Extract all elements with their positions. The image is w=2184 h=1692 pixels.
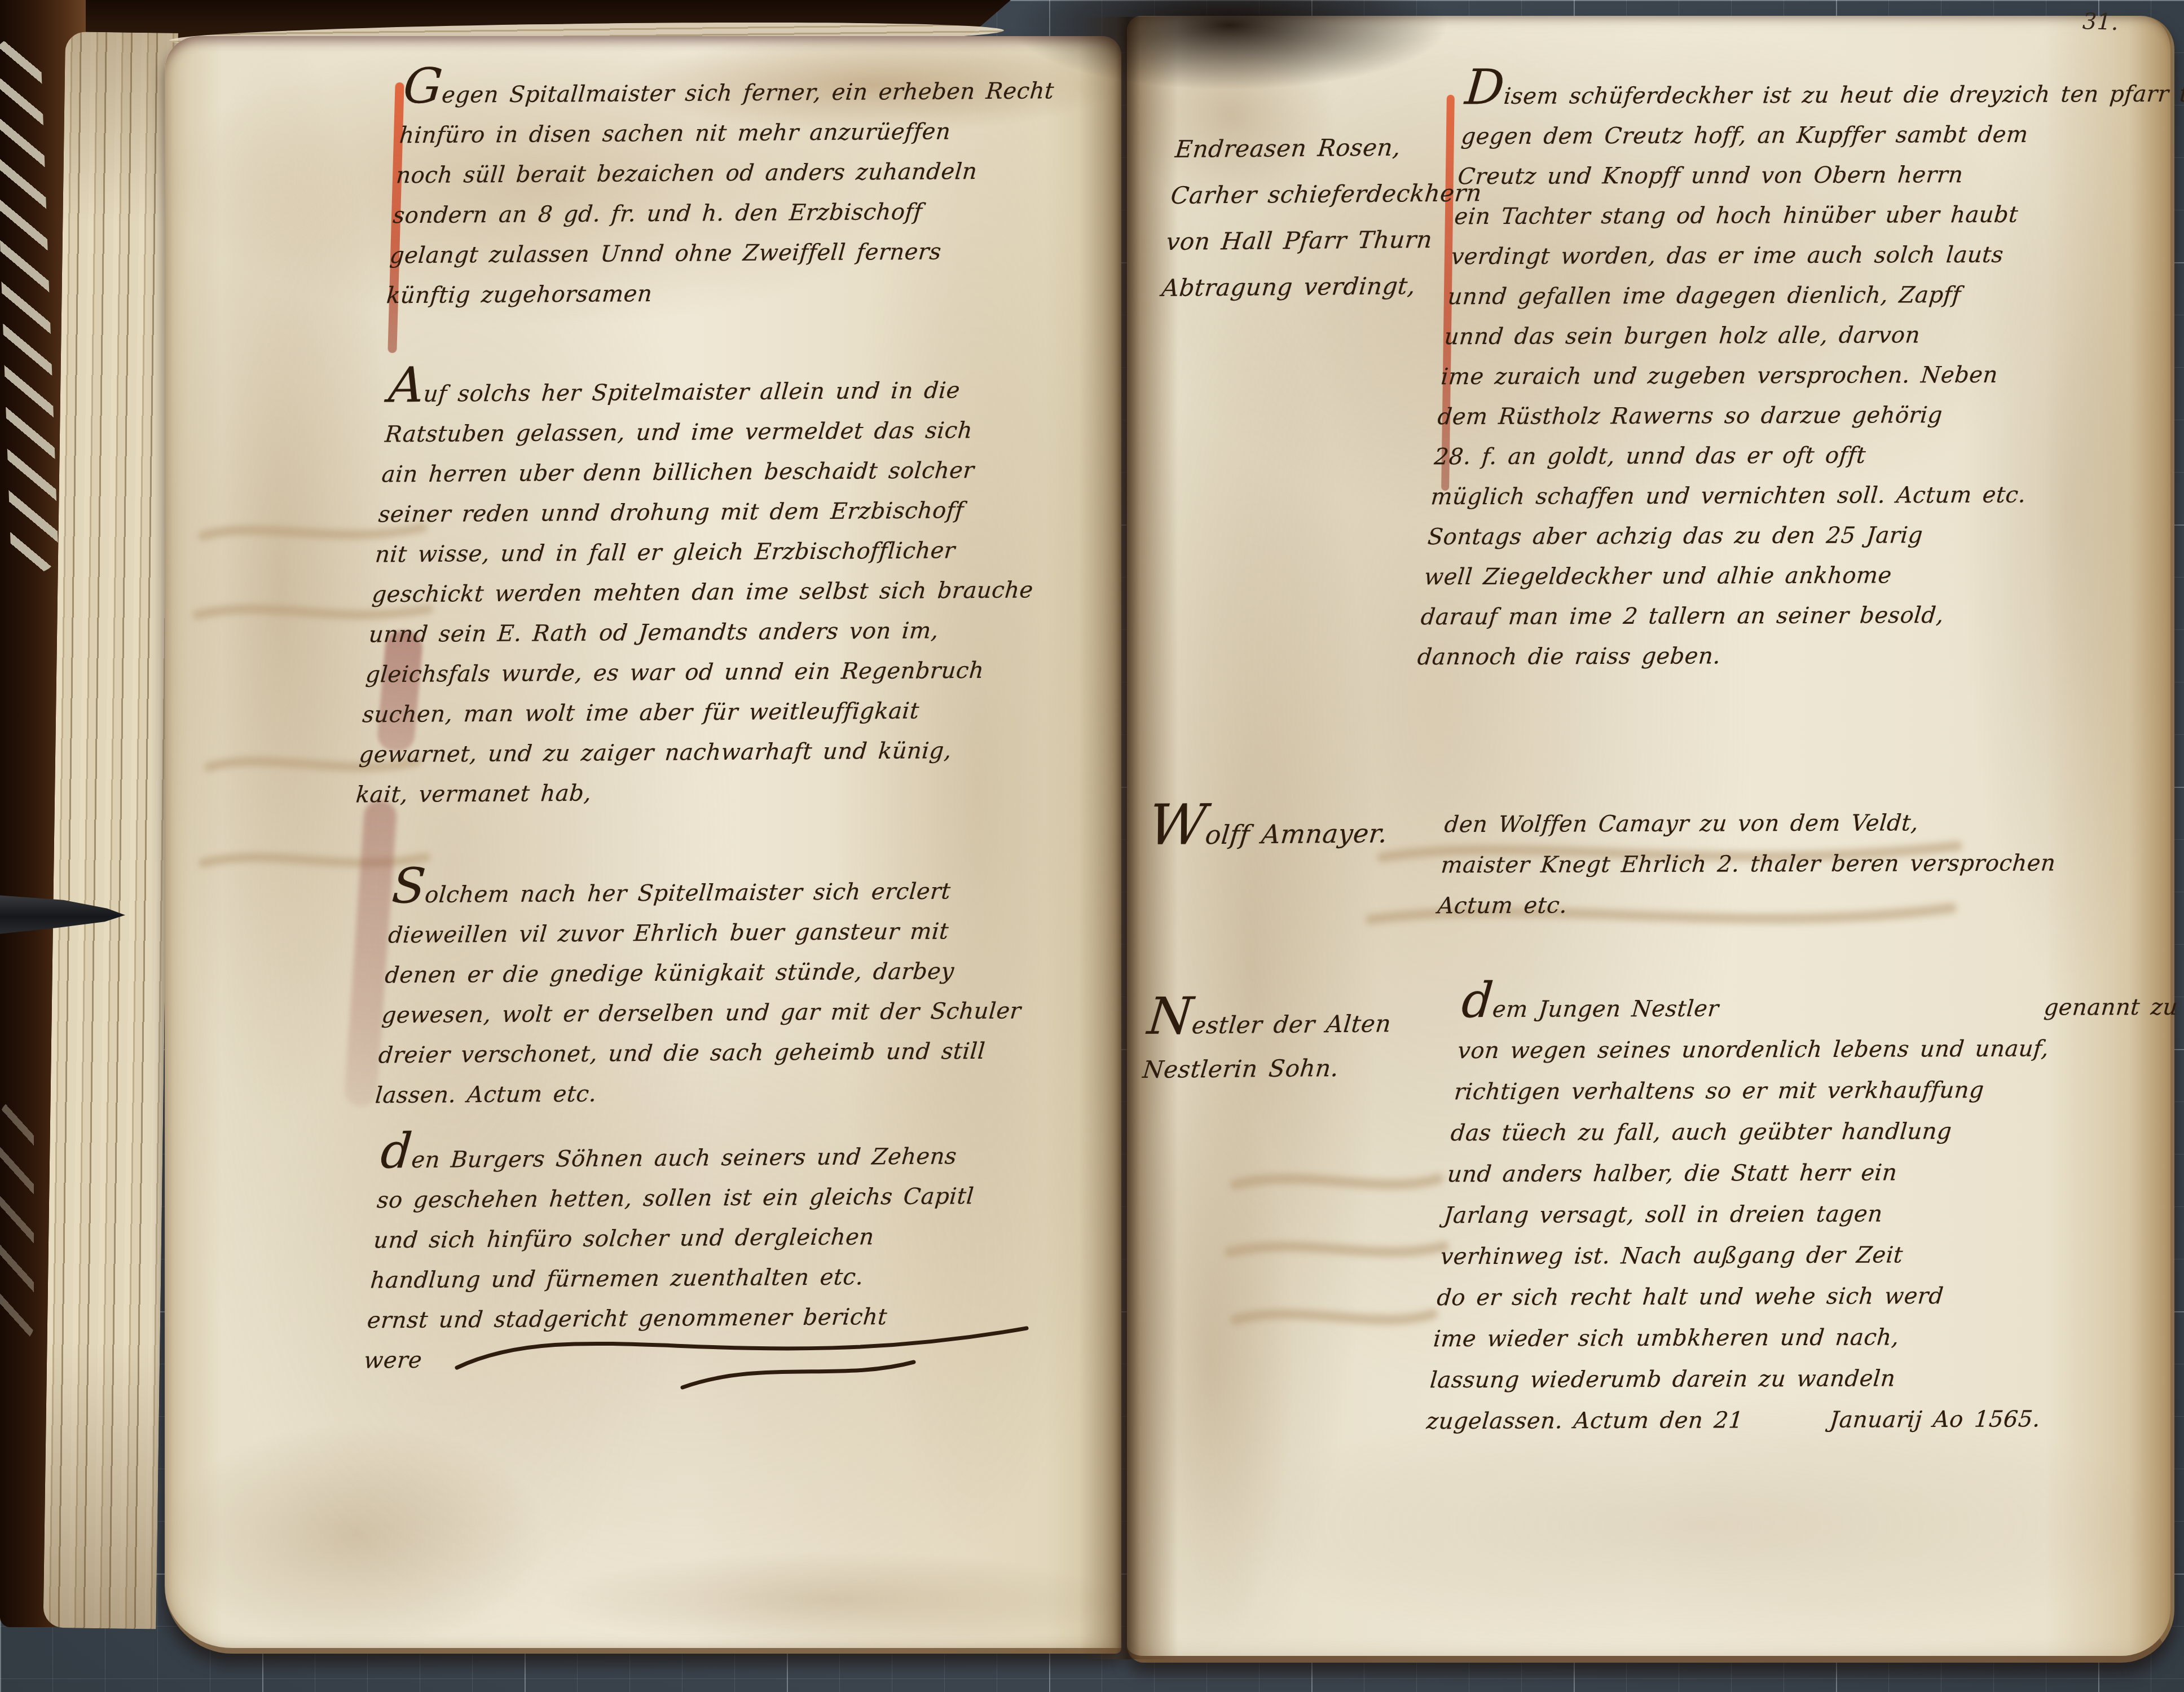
manuscript-line: unnd gefallen ime dagegen dienlich, Zapf…	[1446, 275, 2177, 318]
manuscript-line: Creutz und Knopff unnd von Obern herrn	[1456, 155, 2184, 197]
right-block-nestler: dem Jungen Nestler genannt zuvon wegen s…	[1425, 987, 2184, 1442]
manuscript-line: unnd sein E. Rath od Jemandts anders von…	[367, 610, 1093, 655]
manuscript-line: Solchem nach her Spitellmaister sich erc…	[390, 871, 1104, 916]
manuscript-line: unnd das sein burgen holz alle, darvon	[1443, 315, 2174, 358]
manuscript-line: Wolff Amnayer.	[1146, 810, 1415, 858]
manuscript-line: denen er die gnedige künigkait stünde, d…	[384, 951, 1098, 996]
manuscript-line: von Hall Pfarr Thurn	[1164, 217, 1434, 265]
manuscript-line: noch süll berait bezaichen od anders zuh…	[395, 151, 1098, 196]
manuscript-line: gelangt zulassen Unnd ohne Zweiffell fer…	[388, 231, 1091, 276]
manuscript-line: ime zuraich und zugeben versprochen. Neb…	[1439, 355, 2170, 398]
underline-flourish	[446, 1297, 1043, 1393]
manuscript-line: Endreasen Rosen,	[1173, 124, 1443, 173]
manuscript-line: well Ziegeldeckher und alhie ankhome	[1423, 555, 2154, 598]
manuscript-line: seiner reden unnd drohung mit dem Erzbis…	[377, 490, 1102, 535]
manuscript-line: verdingt worden, das er ime auch solch l…	[1450, 235, 2181, 277]
manuscript-line: so geschehen hetten, sollen ist ein glei…	[375, 1176, 1100, 1221]
left-paragraph-2: Auf solchs her Spitelmaister allein und …	[354, 370, 1112, 816]
manuscript-line: suchen, man wolt ime aber für weitleuffi…	[361, 690, 1086, 735]
manuscript-line: maister Knegt Ehrlich 2. thaler beren ve…	[1439, 843, 2170, 886]
page-edge-stack	[43, 32, 178, 1629]
manuscript-line: gewarnet, und zu zaiger nachwarhaft und …	[358, 730, 1083, 775]
manuscript-line: ein Tachter stang od hoch hinüber uber h…	[1453, 195, 2184, 237]
manuscript-line: und anders halber, die Statt herr ein	[1446, 1152, 2177, 1196]
manuscript-line: Disem schüferdeckher ist zu heut die dre…	[1463, 74, 2184, 117]
manuscript-line: geschickt werden mehten dan ime selbst s…	[371, 570, 1096, 615]
manuscript-line: von wegen seines unordenlich lebens und …	[1456, 1028, 2184, 1072]
spine-stitching-thread-lower	[0, 1100, 34, 1342]
manuscript-line: nit wisse, und in fall er gleich Erzbisc…	[373, 530, 1099, 575]
manuscript-line: den Wolffen Camayr zu von dem Veldt,	[1443, 802, 2174, 845]
manuscript-line: lassung wiederumb darein zu wandeln	[1428, 1358, 2160, 1402]
manuscript-line: do er sich recht halt und wehe sich werd	[1435, 1275, 2167, 1319]
manuscript-line: Abtragung verdingt,	[1160, 263, 1429, 311]
left-paragraph-3: Solchem nach her Spitellmaister sich erc…	[373, 871, 1104, 1116]
manuscript-line: Carher schieferdeckhern	[1169, 170, 1438, 219]
right-block-wolffen: den Wolffen Camayr zu von dem Veldt,mais…	[1436, 802, 2174, 927]
left-paragraph-1: Gegen Spitallmaister sich ferner, ein er…	[385, 71, 1104, 316]
manuscript-line: lassen. Actum etc.	[373, 1071, 1087, 1116]
manuscript-line: dem Jungen Nestler genannt zu	[1459, 987, 2184, 1031]
manuscript-line: dreier verschonet, und die sach geheimb …	[377, 1031, 1091, 1076]
manuscript-line: das tüech zu fall, auch geübter handlung	[1449, 1111, 2181, 1155]
manuscript-line: gewesen, wolt er derselben und gar mit d…	[380, 991, 1094, 1036]
manuscript-line: müglich schaffen und vernichten soll. Ac…	[1429, 475, 2160, 518]
manuscript-line: Auf solchs her Spitelmaister allein und …	[386, 370, 1112, 415]
manuscript-line: Sontags aber achzig das zu den 25 Jarig	[1426, 515, 2157, 558]
right-block-schieferdecker: Disem schüferdeckher ist zu heut die dre…	[1416, 74, 2184, 677]
manuscript-line: darauf man ime 2 tallern an seiner besol…	[1419, 595, 2150, 638]
manuscript-line: und sich hinfüro solcher und dergleichen	[372, 1216, 1098, 1261]
photo-of-open-manuscript: Gegen Spitallmaister sich ferner, ein er…	[0, 0, 2184, 1692]
manuscript-line: Nestler der Alten	[1145, 1002, 1415, 1048]
margin-note-endreasen-rosen: Endreasen Rosen,Carher schieferdeckhernv…	[1160, 124, 1443, 311]
manuscript-line: kait, vermanet hab,	[354, 770, 1080, 816]
margin-note-wolff-amnayer: Wolff Amnayer.	[1146, 810, 1415, 858]
manuscript-line: richtigen verhaltens so er mit verkhauff…	[1452, 1069, 2184, 1113]
manuscript-line: Ratstuben gelassen, und ime vermeldet da…	[384, 410, 1109, 455]
manuscript-line: dieweillen vil zuvor Ehrlich buer ganste…	[386, 911, 1100, 956]
manuscript-line: verhinweg ist. Nach außgang der Zeit	[1439, 1234, 2170, 1278]
manuscript-line: den Burgers Söhnen auch seiners und Zehe…	[378, 1136, 1104, 1181]
manuscript-line: Gegen Spitallmaister sich ferner, ein er…	[401, 71, 1104, 116]
manuscript-line: Jarlang versagt, soll in dreien tagen	[1442, 1193, 2174, 1237]
manuscript-line: Actum etc.	[1436, 883, 2167, 927]
manuscript-line: handlung und fürnemen zuenthalten etc.	[369, 1256, 1094, 1301]
manuscript-line: hinfüro in disen sachen nit mehr anzurüe…	[398, 111, 1100, 156]
manuscript-line: sondern an 8 gd. fr. und h. den Erzbisch…	[391, 191, 1094, 236]
manuscript-line: gleichsfals wurde, es war od unnd ein Re…	[364, 650, 1089, 695]
manuscript-line: zugelassen. Actum den 21 Januarij Ao 156…	[1425, 1399, 2156, 1443]
manuscript-line: 28. f. an goldt, unnd das er oft offt	[1433, 435, 2164, 478]
margin-note-nestler: Nestler der AltenNestlerin Sohn.	[1141, 1002, 1414, 1092]
manuscript-line: Nestlerin Sohn.	[1141, 1046, 1410, 1092]
manuscript-line: dem Rüstholz Rawerns so darzue gehörig	[1436, 395, 2167, 438]
manuscript-line: dannoch die raiss geben.	[1416, 635, 2147, 678]
manuscript-line: künftig zugehorsamen	[385, 271, 1087, 316]
manuscript-line: gegen dem Creutz hoff, an Kupffer sambt …	[1460, 114, 2184, 157]
page-number: 31.	[2082, 8, 2119, 36]
manuscript-line: ain herren uber denn billichen beschaidt…	[380, 450, 1106, 495]
manuscript-line: ime wieder sich umbkheren und nach,	[1432, 1316, 2163, 1360]
